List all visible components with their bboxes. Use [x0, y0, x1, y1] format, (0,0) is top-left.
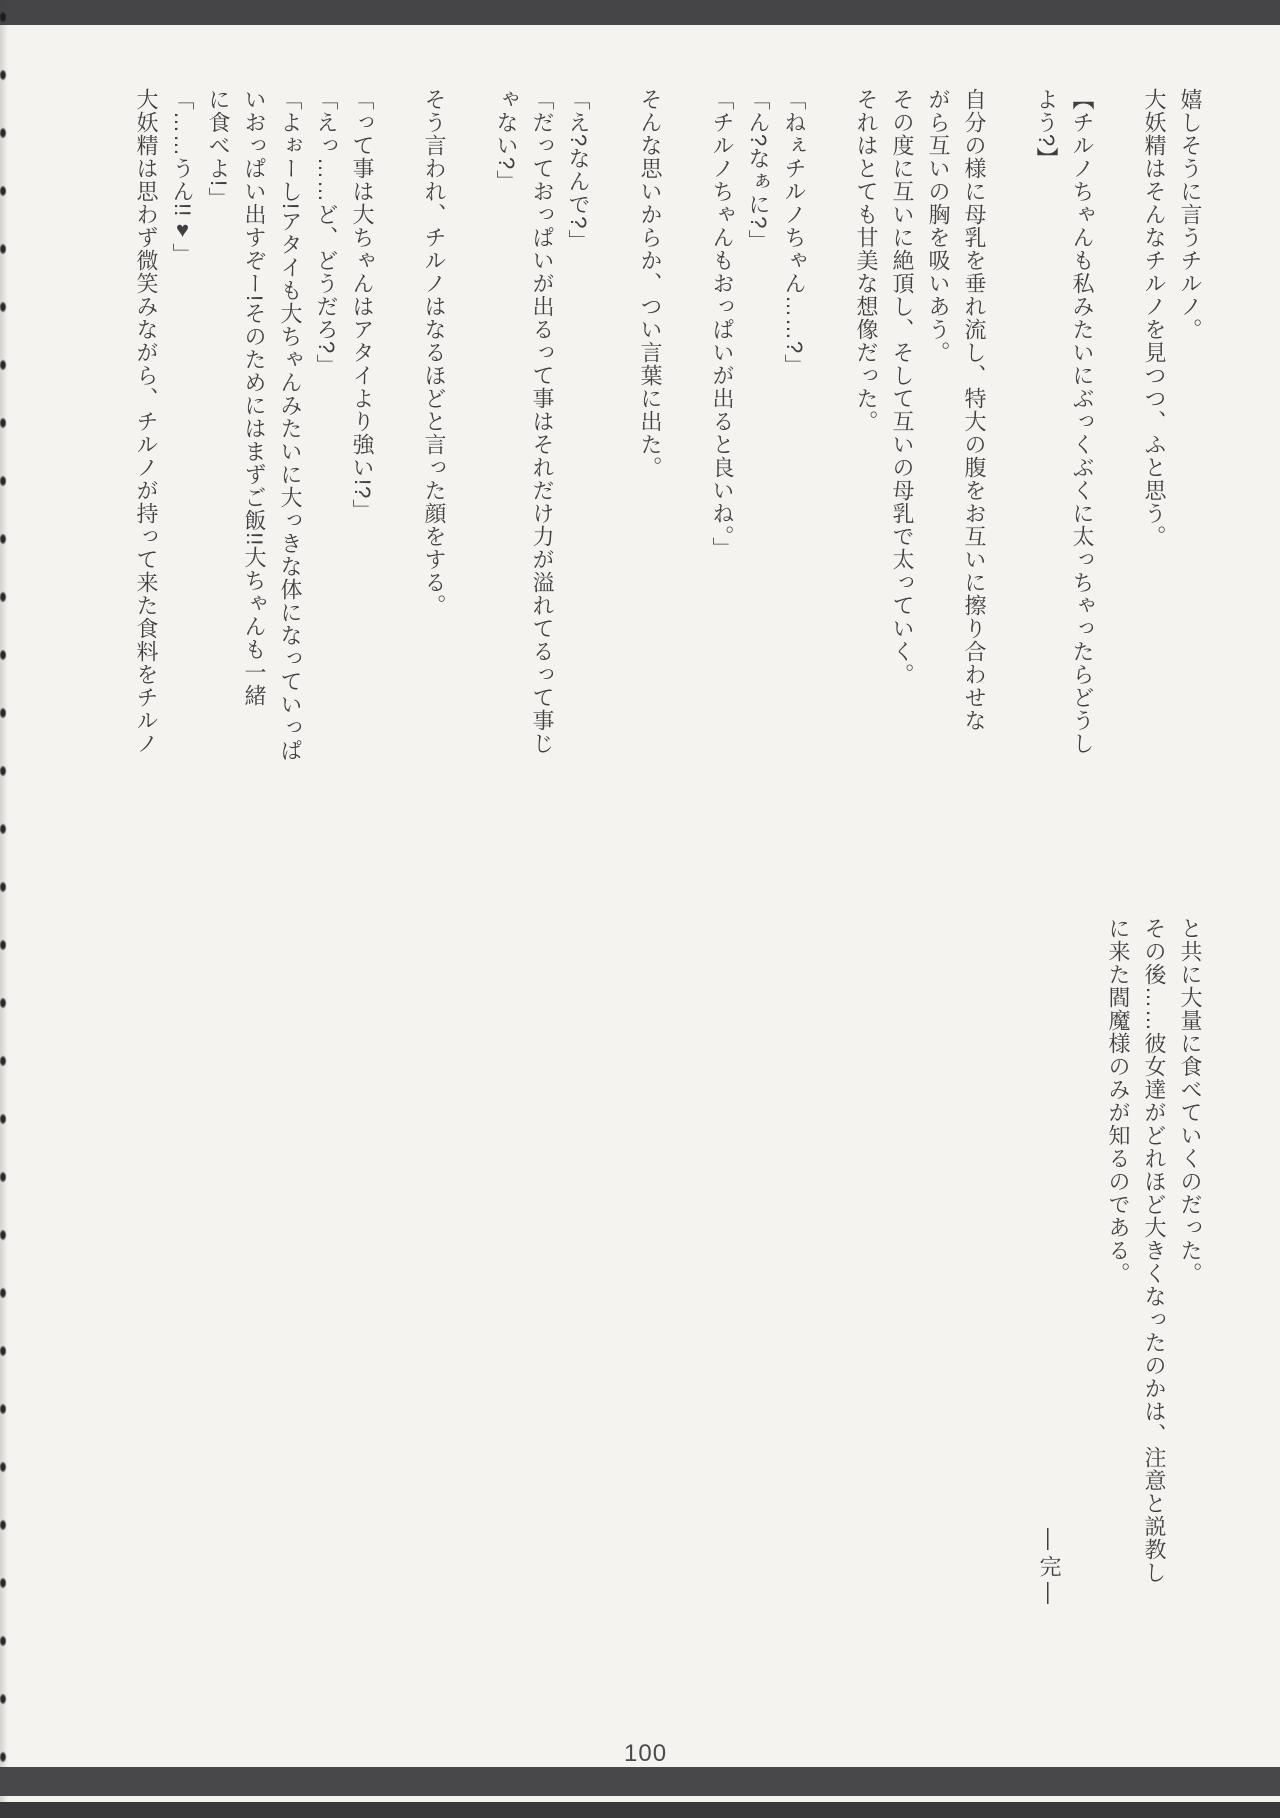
text-column: と共に大量に食べていくのだった。 — [1172, 917, 1208, 1627]
text-column — [812, 88, 848, 793]
text-column: に食べよ!」 — [200, 88, 236, 793]
text-column — [380, 88, 416, 793]
text-column — [668, 88, 704, 793]
story-text-block-lower: と共に大量に食べていくのだった。その後……彼女達がどれほど大きくなったのかは、注… — [1100, 917, 1208, 1627]
text-column: 「チルノちゃんもおっぱいが出ると良いね。」 — [704, 88, 740, 793]
text-column: 「えっ……ど、どうだろ?」 — [308, 88, 344, 793]
text-column: 「だっておっぱいが出るって事はそれだけ力が溢れてるって事じ — [524, 88, 560, 793]
story-end-marker: ―完― — [1034, 1528, 1065, 1609]
text-column: 大妖精はそんなチルノを見つつ、ふと思う。 — [1136, 88, 1172, 793]
page-number: 100 — [624, 1740, 667, 1768]
text-column: それはとても甘美な想像だった。 — [848, 88, 884, 793]
binding-holes — [0, 0, 12, 1818]
story-text-block-upper: 嬉しそうに言うチルノ。大妖精はそんなチルノを見つつ、ふと思う。 【チルノちゃんも… — [128, 88, 1208, 793]
text-column: 「……うん!!♥」 — [164, 88, 200, 793]
text-column: 大妖精は思わず微笑みながら、チルノが持って来た食料をチルノ — [128, 88, 164, 793]
text-column: そう言われ、チルノはなるほどと言った顔をする。 — [416, 88, 452, 793]
text-column: その後……彼女達がどれほど大きくなったのかは、注意と説教し — [1136, 917, 1172, 1627]
text-column: 「え?なんで?」 — [560, 88, 596, 793]
text-column: よう?】 — [1028, 88, 1064, 793]
text-column: そんな思いからか、つい言葉に出た。 — [632, 88, 668, 793]
text-column: その度に互いに絶頂し、そして互いの母乳で太っていく。 — [884, 88, 920, 793]
text-column: 自分の様に母乳を垂れ流し、特大の腹をお互いに擦り合わせな — [956, 88, 992, 793]
text-column: 「って事は大ちゃんはアタイより強い!?」 — [344, 88, 380, 793]
text-column: ゃない?」 — [488, 88, 524, 793]
text-column: がら互いの胸を吸いあう。 — [920, 88, 956, 793]
text-column — [452, 88, 488, 793]
scan-edge-bar-bottom-outer — [0, 1767, 1280, 1796]
text-column — [596, 88, 632, 793]
text-column: 「ねぇチルノちゃん……?」 — [776, 88, 812, 793]
scanned-novel-page: 嬉しそうに言うチルノ。大妖精はそんなチルノを見つつ、ふと思う。 【チルノちゃんも… — [0, 0, 1280, 1818]
text-column: 嬉しそうに言うチルノ。 — [1172, 88, 1208, 793]
scan-edge-bar-bottom-inner — [0, 1802, 1280, 1818]
text-column — [1100, 88, 1136, 793]
text-column: 「ん?なぁに?」 — [740, 88, 776, 793]
text-column: 【チルノちゃんも私みたいにぶっくぶくに太っちゃったらどうし — [1064, 88, 1100, 793]
text-column: いおっぱい出すぞー!そのためにはまずご飯!!大ちゃんも一緒 — [236, 88, 272, 793]
text-column: に来た閻魔様のみが知るのである。 — [1100, 917, 1136, 1627]
text-column: 「よぉーし!アタイも大ちゃんみたいに大っきな体になっていっぱ — [272, 88, 308, 793]
scan-edge-bar-top — [0, 0, 1280, 25]
text-column — [992, 88, 1028, 793]
